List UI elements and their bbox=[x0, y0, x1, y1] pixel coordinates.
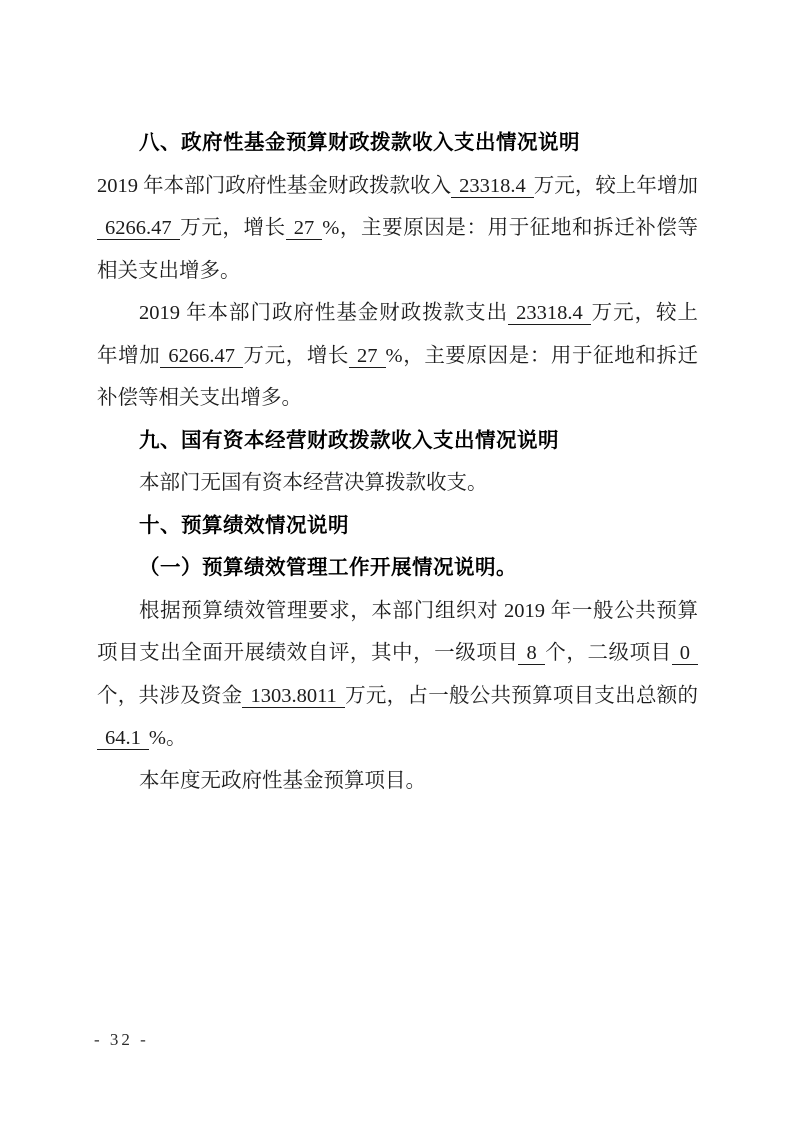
underlined-value: 8 bbox=[518, 642, 544, 665]
underlined-value: 23318.4 bbox=[508, 302, 591, 325]
page-number: - 32 - bbox=[94, 1030, 149, 1050]
text-run: 2019 年本部门政府性基金财政拨款收入 bbox=[97, 175, 451, 197]
paragraph: 2019 年本部门政府性基金财政拨款收入23318.4万元，较上年增加6266.… bbox=[97, 165, 698, 293]
text-run: 本部门无国有资本经营决算拨款收支。 bbox=[139, 472, 488, 494]
section-heading: 九、国有资本经营财政拨款收入支出情况说明 bbox=[97, 420, 698, 463]
text-run: 万元，增长 bbox=[180, 217, 286, 239]
paragraph: 2019 年本部门政府性基金财政拨款支出23318.4万元，较上年增加6266.… bbox=[97, 292, 698, 420]
section-heading: 十、预算绩效情况说明 bbox=[97, 505, 698, 548]
text-run: 2019 年本部门政府性基金财政拨款支出 bbox=[139, 302, 508, 324]
paragraph: 本年度无政府性基金预算项目。 bbox=[97, 760, 698, 803]
underlined-value: 27 bbox=[349, 345, 386, 368]
text-run: %。 bbox=[149, 727, 187, 749]
paragraph: 根据预算绩效管理要求，本部门组织对 2019 年一般公共预算项目支出全面开展绩效… bbox=[97, 590, 698, 760]
paragraph: 本部门无国有资本经营决算拨款收支。 bbox=[97, 462, 698, 505]
section-heading: 八、政府性基金预算财政拨款收入支出情况说明 bbox=[97, 122, 698, 165]
underlined-value: 0 bbox=[672, 642, 698, 665]
underlined-value: 6266.47 bbox=[97, 217, 180, 240]
underlined-value: 6266.47 bbox=[160, 345, 243, 368]
document-page: 八、政府性基金预算财政拨款收入支出情况说明2019 年本部门政府性基金财政拨款收… bbox=[0, 0, 793, 1122]
underlined-value: 23318.4 bbox=[451, 175, 534, 198]
text-run: 万元，占一般公共预算项目支出总额的 bbox=[345, 685, 698, 707]
document-body: 八、政府性基金预算财政拨款收入支出情况说明2019 年本部门政府性基金财政拨款收… bbox=[97, 122, 698, 802]
underlined-value: 27 bbox=[286, 217, 323, 240]
text-run: 万元，较上年增加 bbox=[534, 175, 698, 197]
text-run: 万元，增长 bbox=[243, 345, 349, 367]
text-run: 个，共涉及资金 bbox=[97, 685, 242, 707]
underlined-value: 64.1 bbox=[97, 727, 149, 750]
text-run: 本年度无政府性基金预算项目。 bbox=[139, 770, 426, 792]
text-run: 个，二级项目 bbox=[545, 642, 672, 664]
sub-heading: （一）预算绩效管理工作开展情况说明。 bbox=[97, 547, 698, 590]
underlined-value: 1303.8011 bbox=[242, 685, 344, 708]
